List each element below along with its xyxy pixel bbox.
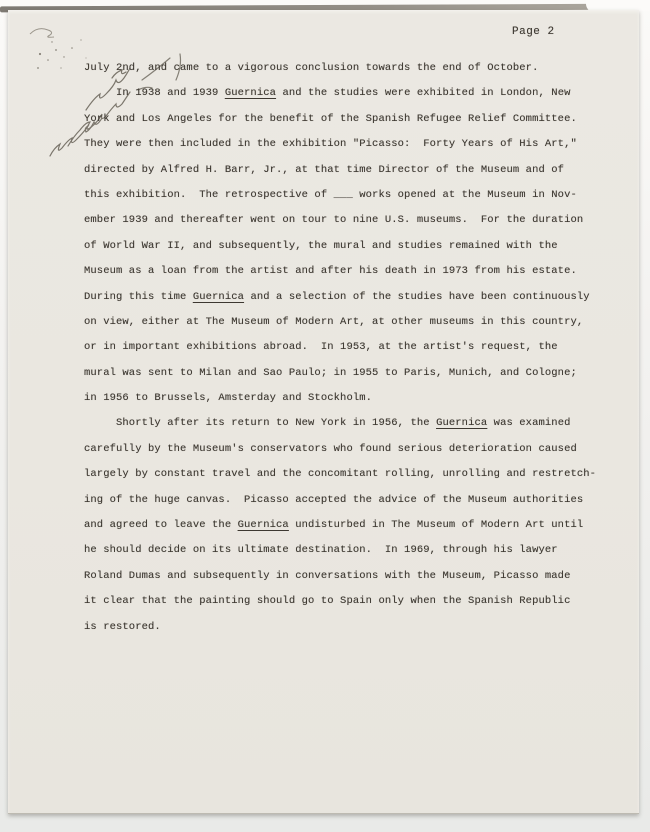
underlined-text: Guernica [436,417,487,429]
text-line: They were then included in the exhibitio… [84,132,600,157]
text-line: carefully by the Museum's conservators w… [84,437,600,462]
text-segment: it clear that the painting should go to … [84,595,570,607]
text-segment: carefully by the Museum's conservators w… [84,443,577,455]
paper: Page 2 July 2nd, and came to a vigorous … [8,10,639,814]
text-line: largely by constant travel and the conco… [84,462,600,487]
text-line: Shortly after its return to New York in … [84,411,600,436]
text-line: and agreed to leave the Guernica undistu… [84,513,600,538]
text-line: During this time Guernica and a selectio… [84,285,600,310]
text-segment: Museum as a loan from the artist and aft… [84,265,577,277]
underlined-text: Guernica [225,87,276,99]
text-line: In 1938 and 1939 Guernica and the studie… [84,81,600,106]
text-line: this exhibition. The retrospective of __… [84,183,600,208]
text-line: ing of the huge canvas. Picasso accepted… [84,488,600,513]
text-segment: directed by Alfred H. Barr, Jr., at that… [84,164,564,176]
text-line: ember 1939 and thereafter went on tour t… [84,208,600,233]
text-line: it clear that the painting should go to … [84,589,600,614]
text-segment: York and Los Angeles for the benefit of … [84,113,577,125]
text-segment: During this time [84,291,193,303]
text-line: mural was sent to Milan and Sao Paulo; i… [84,361,600,386]
text-segment: in 1956 to Brussels, Amsterday and Stock… [84,392,372,404]
text-line: he should decide on its ultimate destina… [84,538,600,563]
underlined-text: Guernica [193,291,244,303]
text-line: is restored. [84,615,600,640]
text-line: York and Los Angeles for the benefit of … [84,107,600,132]
text-segment: of World War II, and subsequently, the m… [84,240,558,252]
text-segment: Roland Dumas and subsequently in convers… [84,570,570,582]
scanned-page: Page 2 July 2nd, and came to a vigorous … [0,0,650,832]
text-segment: Shortly after its return to New York in … [84,417,436,429]
text-segment: mural was sent to Milan and Sao Paulo; i… [84,367,577,379]
text-segment: or in important exhibitions abroad. In 1… [84,341,558,353]
text-segment: ing of the huge canvas. Picasso accepted… [84,494,583,506]
text-segment: ___ [334,189,353,201]
text-line: directed by Alfred H. Barr, Jr., at that… [84,158,600,183]
text-segment: In 1938 and 1939 [84,87,225,99]
text-segment: ember 1939 and thereafter went on tour t… [84,214,583,226]
text-segment: largely by constant travel and the conco… [84,468,596,480]
text-segment: and the studies were exhibited in London… [276,87,570,99]
text-segment: They were then included in the exhibitio… [84,138,577,150]
text-segment: is restored. [84,621,161,633]
text-segment: works opened at the Museum in Nov- [353,189,577,201]
text-segment: and a selection of the studies have been… [244,291,590,303]
text-segment: and agreed to leave the [84,519,238,531]
text-segment: was examined [487,417,570,429]
text-segment: he should decide on its ultimate destina… [84,544,558,556]
text-line: in 1956 to Brussels, Amsterday and Stock… [84,386,600,411]
text-line: of World War II, and subsequently, the m… [84,234,600,259]
text-segment: this exhibition. The retrospective of [84,189,334,201]
text-segment: July 2nd, and came to a vigorous conclus… [84,62,538,74]
text-segment: on view, either at The Museum of Modern … [84,316,583,328]
text-line: July 2nd, and came to a vigorous conclus… [84,56,600,81]
text-segment: undisturbed in The Museum of Modern Art … [289,519,583,531]
page-number: Page 2 [512,26,555,38]
text-line: Museum as a loan from the artist and aft… [84,259,600,284]
text-line: Roland Dumas and subsequently in convers… [84,564,600,589]
text-line: or in important exhibitions abroad. In 1… [84,335,600,360]
typewritten-text: July 2nd, and came to a vigorous conclus… [84,56,600,640]
underlined-text: Guernica [238,519,289,531]
text-line: on view, either at The Museum of Modern … [84,310,600,335]
